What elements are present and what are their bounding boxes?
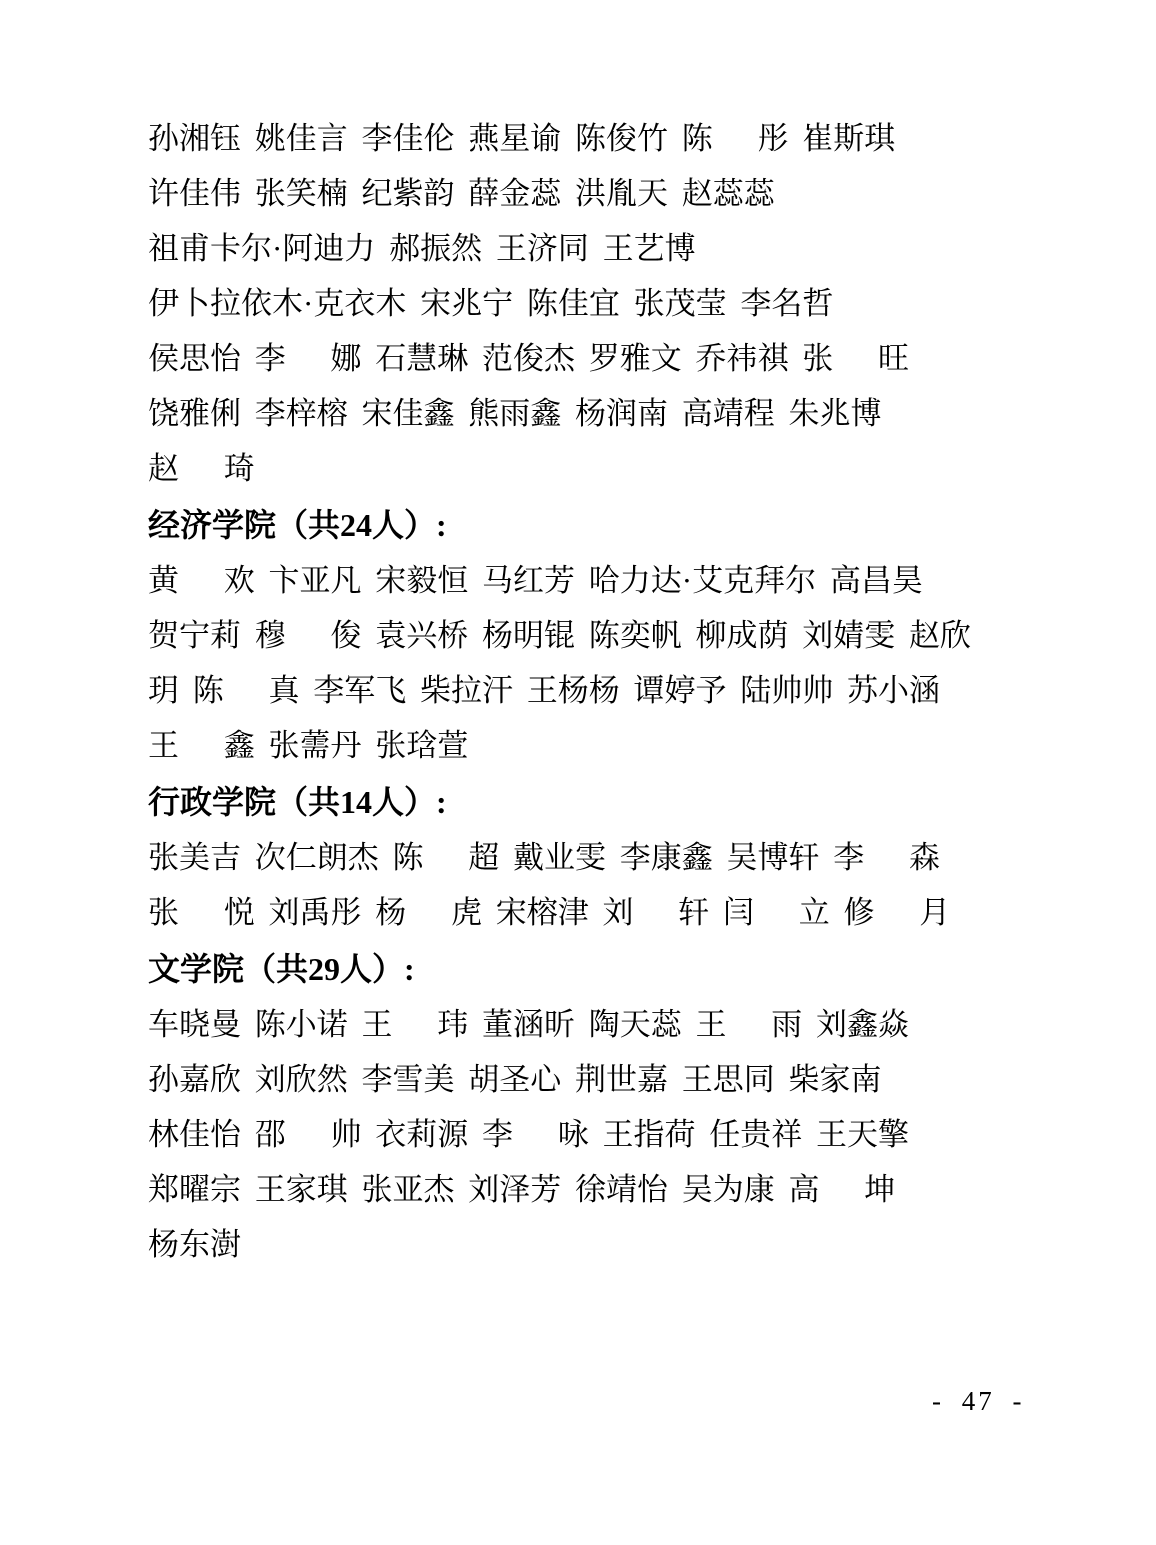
section-header-public-administration: 行政学院（共14人）: [148, 775, 1028, 830]
document-body: 孙湘钰 姚佳言 李佳伦 燕星谕 陈俊竹 陈 彤 崔斯琪 许佳伟 张笑楠 纪紫韵 … [148, 111, 1028, 1272]
name-list-line: 张美吉 次仁朗杰 陈 超 戴业雯 李康鑫 吴博轩 李 森 [148, 830, 1028, 885]
document-page: 孙湘钰 姚佳言 李佳伦 燕星谕 陈俊竹 陈 彤 崔斯琪 许佳伟 张笑楠 纪紫韵 … [0, 0, 1156, 1545]
name-list-line: 赵 琦 [148, 441, 1028, 496]
name-list-line: 车晓曼 陈小诺 王 玮 董涵昕 陶天蕊 王 雨 刘鑫焱 [148, 997, 1028, 1052]
name-list-line: 饶雅俐 李梓榕 宋佳鑫 熊雨鑫 杨润南 高靖程 朱兆博 [148, 386, 1028, 441]
section-header-literature: 文学院（共29人）: [148, 942, 1028, 997]
name-list-line: 孙湘钰 姚佳言 李佳伦 燕星谕 陈俊竹 陈 彤 崔斯琪 [148, 111, 1028, 166]
name-list-line: 祖甫卡尔·阿迪力 郝振然 王济同 王艺博 [148, 221, 1028, 276]
page-number: - 47 - [932, 1386, 1024, 1416]
name-list-line: 许佳伟 张笑楠 纪紫韵 薛金蕊 洪胤天 赵蕊蕊 [148, 166, 1028, 221]
name-list-line: 张 悦 刘禹彤 杨 虎 宋榕津 刘 轩 闫 立 修 月 [148, 885, 1028, 940]
name-list-line: 贺宁莉 穆 俊 袁兴桥 杨明锟 陈奕帆 柳成荫 刘婧雯 赵欣 [148, 608, 1028, 663]
name-list-line: 玥 陈 真 李军飞 柴拉汗 王杨杨 谭婷予 陆帅帅 苏小涵 [148, 663, 1028, 718]
section-header-economics: 经济学院（共24人）: [148, 498, 1028, 553]
name-list-line: 郑曜宗 王家琪 张亚杰 刘泽芳 徐靖怡 吴为康 高 坤 [148, 1162, 1028, 1217]
name-list-line: 黄 欢 卞亚凡 宋毅恒 马红芳 哈力达·艾克拜尔 高昌昊 [148, 553, 1028, 608]
name-list-line: 王 鑫 张薷丹 张琀萱 [148, 718, 1028, 773]
name-list-line: 林佳怡 邵 帅 衣莉源 李 咏 王指荷 任贵祥 王天擎 [148, 1107, 1028, 1162]
name-list-line: 伊卜拉依木·克衣木 宋兆宁 陈佳宜 张茂莹 李名哲 [148, 276, 1028, 331]
name-list-line: 杨东澍 [148, 1217, 1028, 1272]
name-list-line: 侯思怡 李 娜 石慧琳 范俊杰 罗雅文 乔祎祺 张 旺 [148, 331, 1028, 386]
name-list-line: 孙嘉欣 刘欣然 李雪美 胡圣心 荆世嘉 王思同 柴家南 [148, 1052, 1028, 1107]
